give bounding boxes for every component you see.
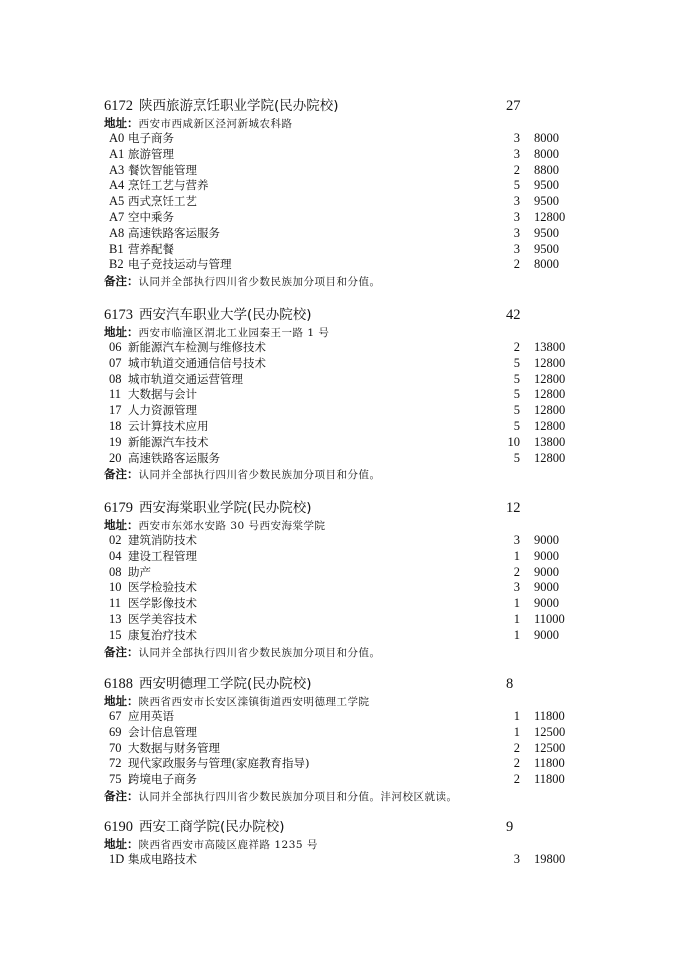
- major-quota: 5: [514, 451, 520, 467]
- field-label: 备注：: [104, 274, 139, 288]
- major-name: 旅游管理: [128, 147, 174, 163]
- major-row: 17人力资源管理512800: [104, 403, 584, 419]
- major-tuition: 9000: [534, 533, 559, 549]
- major-row: A4烹饪工艺与营养59500: [104, 178, 584, 194]
- major-row: 20高速铁路客运服务512800: [104, 451, 584, 467]
- major-tuition: 11000: [534, 612, 565, 628]
- major-code: 07: [109, 356, 122, 372]
- major-quota: 3: [514, 242, 520, 258]
- major-name: 高速铁路客运服务: [128, 451, 220, 467]
- major-quota: 2: [514, 741, 520, 757]
- major-tuition: 12800: [534, 451, 565, 467]
- major-tuition: 9500: [534, 226, 559, 242]
- major-quota: 5: [514, 372, 520, 388]
- major-row: 11医学影像技术19000: [104, 596, 584, 612]
- major-tuition: 9000: [534, 565, 559, 581]
- major-code: 19: [109, 435, 122, 451]
- school-block-6173: 6173西安汽车职业大学(民办院校) 42 地址：西安市临潼区渭北工业园秦王一路…: [104, 306, 584, 482]
- school-total-quota: 42: [506, 306, 521, 324]
- major-name: 跨境电子商务: [128, 772, 197, 788]
- major-name: 营养配餐: [128, 242, 174, 258]
- field-value: 认同并全部执行四川省少数民族加分项目和分值。: [139, 469, 381, 481]
- major-quota: 3: [514, 210, 520, 226]
- major-row: A1旅游管理38000: [104, 147, 584, 163]
- major-name: 高速铁路客运服务: [128, 226, 220, 242]
- school-note: 备注：认同并全部执行四川省少数民族加分项目和分值。: [104, 273, 584, 289]
- major-tuition: 9000: [534, 596, 559, 612]
- major-code: 08: [109, 565, 122, 581]
- major-name: 大数据与财务管理: [128, 741, 220, 757]
- school-title: 6190西安工商学院(民办院校) 9: [104, 818, 584, 836]
- major-row: A3餐饮智能管理28800: [104, 163, 584, 179]
- major-row: 72现代家政服务与管理(家庭教育指导)211800: [104, 756, 584, 772]
- major-name: 建设工程管理: [128, 549, 197, 565]
- major-name: 云计算技术应用: [128, 419, 209, 435]
- major-quota: 1: [514, 549, 520, 565]
- major-row: 13医学美容技术111000: [104, 612, 584, 628]
- major-name: 医学影像技术: [128, 596, 197, 612]
- major-code: A4: [109, 178, 124, 194]
- major-quota: 3: [514, 580, 520, 596]
- school-code: 6173: [104, 306, 133, 324]
- major-tuition: 12800: [534, 419, 565, 435]
- school-name: 西安工商学院(民办院校): [139, 819, 285, 835]
- major-row: 67应用英语111800: [104, 709, 584, 725]
- major-tuition: 8000: [534, 147, 559, 163]
- major-code: 18: [109, 419, 122, 435]
- school-name: 西安汽车职业大学(民办院校): [139, 307, 312, 323]
- major-code: 06: [109, 340, 122, 356]
- major-quota: 1: [514, 628, 520, 644]
- major-row: A7空中乘务312800: [104, 210, 584, 226]
- school-note: 备注：认同并全部执行四川省少数民族加分项目和分值。: [104, 466, 584, 482]
- major-name: 康复治疗技术: [128, 628, 197, 644]
- major-code: A7: [109, 210, 124, 226]
- field-value: 西安市临潼区渭北工业园秦王一路 1 号: [139, 327, 330, 339]
- school-code: 6188: [104, 675, 133, 693]
- major-tuition: 8000: [534, 131, 559, 147]
- major-row: A5西式烹饪工艺39500: [104, 194, 584, 210]
- school-note: 备注：认同并全部执行四川省少数民族加分项目和分值。沣河校区就读。: [104, 788, 584, 804]
- school-name: 西安海棠职业学院(民办院校): [139, 500, 312, 516]
- major-code: 20: [109, 451, 122, 467]
- field-label: 备注：: [104, 467, 139, 481]
- school-code: 6190: [104, 818, 133, 836]
- field-label: 备注：: [104, 789, 139, 803]
- major-tuition: 12500: [534, 741, 565, 757]
- school-address: 地址：西安市西咸新区泾河新城农科路: [104, 115, 584, 131]
- major-name: 电子商务: [128, 131, 174, 147]
- major-row: 02建筑消防技术39000: [104, 533, 584, 549]
- major-tuition: 9500: [534, 178, 559, 194]
- major-tuition: 9000: [534, 628, 559, 644]
- field-label: 地址：: [104, 116, 139, 130]
- major-code: 69: [109, 725, 122, 741]
- major-tuition: 9500: [534, 242, 559, 258]
- school-title: 6173西安汽车职业大学(民办院校) 42: [104, 306, 584, 324]
- major-tuition: 12800: [534, 387, 565, 403]
- major-quota: 3: [514, 533, 520, 549]
- school-name: 陕西旅游烹饪职业学院(民办院校): [139, 98, 339, 114]
- major-name: 人力资源管理: [128, 403, 197, 419]
- major-code: A3: [109, 163, 124, 179]
- major-row: B1营养配餐39500: [104, 242, 584, 258]
- major-name: 大数据与会计: [128, 387, 197, 403]
- major-quota: 2: [514, 340, 520, 356]
- school-total-quota: 8: [506, 675, 513, 693]
- school-title: 6179西安海棠职业学院(民办院校) 12: [104, 499, 584, 517]
- school-block-6172: 6172陕西旅游烹饪职业学院(民办院校) 27 地址：西安市西咸新区泾河新城农科…: [104, 97, 584, 289]
- school-code: 6172: [104, 97, 133, 115]
- field-label: 地址：: [104, 325, 139, 339]
- major-row: 75跨境电子商务211800: [104, 772, 584, 788]
- field-value: 认同并全部执行四川省少数民族加分项目和分值。沣河校区就读。: [139, 791, 458, 803]
- major-row: 70大数据与财务管理212500: [104, 741, 584, 757]
- field-value: 西安市东郊水安路 30 号西安海棠学院: [139, 520, 326, 532]
- school-name: 西安明德理工学院(民办院校): [139, 676, 312, 692]
- major-code: 17: [109, 403, 122, 419]
- major-code: 70: [109, 741, 122, 757]
- school-total-quota: 9: [506, 818, 513, 836]
- field-value: 西安市西咸新区泾河新城农科路: [139, 118, 293, 130]
- school-address: 地址：西安市临潼区渭北工业园秦王一路 1 号: [104, 324, 584, 340]
- major-row: 19新能源汽车技术1013800: [104, 435, 584, 451]
- school-title: 6188西安明德理工学院(民办院校) 8: [104, 675, 584, 693]
- major-quota: 2: [514, 163, 520, 179]
- major-row: A0电子商务38000: [104, 131, 584, 147]
- major-quota: 5: [514, 387, 520, 403]
- major-name: 电子竞技运动与管理: [128, 257, 232, 273]
- major-name: 新能源汽车技术: [128, 435, 209, 451]
- major-tuition: 9500: [534, 194, 559, 210]
- major-quota: 1: [514, 612, 520, 628]
- major-tuition: 8800: [534, 163, 559, 179]
- major-row: 07城市轨道交通通信信号技术512800: [104, 356, 584, 372]
- school-address: 地址：陕西省西安市高陵区鹿祥路 1235 号: [104, 836, 584, 852]
- major-name: 应用英语: [128, 709, 174, 725]
- major-row: 1D集成电路技术319800: [104, 852, 584, 868]
- major-quota: 2: [514, 565, 520, 581]
- major-name: 医学美容技术: [128, 612, 197, 628]
- field-label: 地址：: [104, 694, 139, 708]
- major-name: 烹饪工艺与营养: [128, 178, 209, 194]
- major-code: 1D: [109, 852, 124, 868]
- major-tuition: 12800: [534, 372, 565, 388]
- school-address: 地址：西安市东郊水安路 30 号西安海棠学院: [104, 517, 584, 533]
- major-tuition: 11800: [534, 772, 565, 788]
- major-code: A8: [109, 226, 124, 242]
- major-row: 08城市轨道交通运营管理512800: [104, 372, 584, 388]
- major-code: 04: [109, 549, 122, 565]
- major-tuition: 12800: [534, 403, 565, 419]
- major-name: 现代家政服务与管理(家庭教育指导): [128, 756, 309, 772]
- major-code: B2: [109, 257, 124, 273]
- major-quota: 5: [514, 403, 520, 419]
- major-code: 13: [109, 612, 122, 628]
- major-tuition: 11800: [534, 756, 565, 772]
- major-quota: 3: [514, 852, 520, 868]
- field-value: 认同并全部执行四川省少数民族加分项目和分值。: [139, 647, 381, 659]
- major-quota: 3: [514, 194, 520, 210]
- major-name: 医学检验技术: [128, 580, 197, 596]
- major-quota: 1: [514, 709, 520, 725]
- major-code: A0: [109, 131, 124, 147]
- field-value: 认同并全部执行四川省少数民族加分项目和分值。: [139, 276, 381, 288]
- major-tuition: 11800: [534, 709, 565, 725]
- major-row: 69会计信息管理112500: [104, 725, 584, 741]
- major-code: 75: [109, 772, 122, 788]
- major-quota: 5: [514, 419, 520, 435]
- major-code: 72: [109, 756, 122, 772]
- school-block-6190: 6190西安工商学院(民办院校) 9 地址：陕西省西安市高陵区鹿祥路 1235 …: [104, 818, 584, 868]
- major-quota: 5: [514, 356, 520, 372]
- major-name: 餐饮智能管理: [128, 163, 197, 179]
- major-code: 67: [109, 709, 122, 725]
- major-row: 10医学检验技术39000: [104, 580, 584, 596]
- major-name: 会计信息管理: [128, 725, 197, 741]
- major-quota: 2: [514, 772, 520, 788]
- major-code: A1: [109, 147, 124, 163]
- major-tuition: 9000: [534, 549, 559, 565]
- major-tuition: 8000: [534, 257, 559, 273]
- major-name: 空中乘务: [128, 210, 174, 226]
- school-total-quota: 27: [506, 97, 521, 115]
- major-name: 新能源汽车检测与维修技术: [128, 340, 266, 356]
- major-name: 城市轨道交通运营管理: [128, 372, 243, 388]
- school-block-6179: 6179西安海棠职业学院(民办院校) 12 地址：西安市东郊水安路 30 号西安…: [104, 499, 584, 660]
- major-quota: 3: [514, 131, 520, 147]
- school-code: 6179: [104, 499, 133, 517]
- field-value: 陕西省西安市长安区滦镇街道西安明德理工学院: [139, 696, 370, 708]
- field-label: 地址：: [104, 518, 139, 532]
- major-row: 06新能源汽车检测与维修技术213800: [104, 340, 584, 356]
- major-quota: 2: [514, 257, 520, 273]
- field-label: 备注：: [104, 645, 139, 659]
- major-name: 集成电路技术: [128, 852, 197, 868]
- major-code: 15: [109, 628, 122, 644]
- major-row: B2电子竞技运动与管理28000: [104, 257, 584, 273]
- major-row: 04建设工程管理19000: [104, 549, 584, 565]
- major-quota: 3: [514, 147, 520, 163]
- major-name: 城市轨道交通通信信号技术: [128, 356, 266, 372]
- major-name: 建筑消防技术: [128, 533, 197, 549]
- major-tuition: 13800: [534, 435, 565, 451]
- school-total-quota: 12: [506, 499, 521, 517]
- major-quota: 1: [514, 725, 520, 741]
- school-title: 6172陕西旅游烹饪职业学院(民办院校) 27: [104, 97, 584, 115]
- major-tuition: 13800: [534, 340, 565, 356]
- major-tuition: 19800: [534, 852, 565, 868]
- school-note: 备注：认同并全部执行四川省少数民族加分项目和分值。: [104, 644, 584, 660]
- major-quota: 5: [514, 178, 520, 194]
- major-name: 助产: [128, 565, 151, 581]
- major-quota: 10: [508, 435, 521, 451]
- major-code: 02: [109, 533, 122, 549]
- field-value: 陕西省西安市高陵区鹿祥路 1235 号: [139, 839, 318, 851]
- major-code: 08: [109, 372, 122, 388]
- major-code: 10: [109, 580, 122, 596]
- major-tuition: 9000: [534, 580, 559, 596]
- major-row: 15康复治疗技术19000: [104, 628, 584, 644]
- major-row: 11大数据与会计512800: [104, 387, 584, 403]
- major-row: 18云计算技术应用512800: [104, 419, 584, 435]
- field-label: 地址：: [104, 837, 139, 851]
- major-tuition: 12800: [534, 210, 565, 226]
- major-row: A8高速铁路客运服务39500: [104, 226, 584, 242]
- major-quota: 1: [514, 596, 520, 612]
- school-block-6188: 6188西安明德理工学院(民办院校) 8 地址：陕西省西安市长安区滦镇街道西安明…: [104, 675, 584, 804]
- major-quota: 3: [514, 226, 520, 242]
- major-code: B1: [109, 242, 124, 258]
- major-row: 08助产29000: [104, 565, 584, 581]
- major-tuition: 12500: [534, 725, 565, 741]
- major-code: A5: [109, 194, 124, 210]
- major-quota: 2: [514, 756, 520, 772]
- major-code: 11: [109, 596, 121, 612]
- major-name: 西式烹饪工艺: [128, 194, 197, 210]
- major-tuition: 12800: [534, 356, 565, 372]
- major-code: 11: [109, 387, 121, 403]
- school-address: 地址：陕西省西安市长安区滦镇街道西安明德理工学院: [104, 693, 584, 709]
